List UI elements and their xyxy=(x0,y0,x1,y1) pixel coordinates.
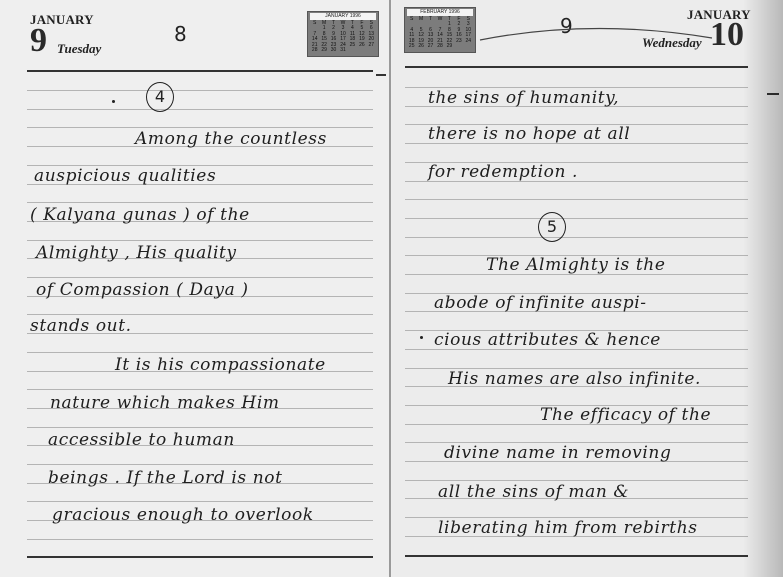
text-line: ( Kalyana gunas ) of the xyxy=(30,205,250,225)
diary-spread: JANUARY 9 Tuesday 8 JANUARY 1996 SMTWTFS… xyxy=(0,0,783,577)
calendar-day: 28 xyxy=(435,44,444,49)
ruled-line xyxy=(27,240,373,241)
ruled-line xyxy=(405,218,748,219)
ruled-line xyxy=(27,202,373,203)
calendar-day: 26 xyxy=(416,44,425,49)
text-line: nature which makes Him xyxy=(50,393,280,413)
text-line: accessible to human xyxy=(48,430,235,450)
text-line: Among the countless xyxy=(135,129,327,149)
calendar-day: 25 xyxy=(407,44,416,49)
footer-rule xyxy=(27,556,373,558)
text-line: The Almighty is the xyxy=(486,255,666,275)
ruled-line xyxy=(405,199,748,200)
ruled-line xyxy=(27,427,373,428)
text-line: stands out. xyxy=(30,316,132,336)
ruled-line xyxy=(27,277,373,278)
text-line: all the sins of man & xyxy=(438,482,629,502)
february-mini-calendar: FEBRUARY 1996 SMTWTFS1234567891011121314… xyxy=(404,7,476,53)
page-edge-shadow xyxy=(743,0,783,577)
calendar-day xyxy=(367,48,376,53)
ruled-line xyxy=(27,539,373,540)
mini-calendar-grid: SMTWTFS123456789101112131415161718192021… xyxy=(308,21,378,53)
ruled-line xyxy=(27,109,373,110)
text-line: the sins of humanity, xyxy=(428,88,619,108)
left-handwritten-page-number: 8 xyxy=(174,22,187,46)
calendar-day: 29 xyxy=(445,44,454,49)
header-rule xyxy=(405,66,748,68)
text-line: liberating him from rebirths xyxy=(438,518,698,538)
margin-tick xyxy=(376,74,386,76)
text-line: auspicious qualities xyxy=(34,166,216,186)
bullet-dot xyxy=(420,336,423,339)
ruled-line xyxy=(27,314,373,315)
text-line: for redemption . xyxy=(428,162,578,182)
calendar-day: 28 xyxy=(310,48,319,53)
text-line: It is his compassionate xyxy=(115,355,326,375)
ruled-line xyxy=(405,480,748,481)
right-day-number: 10 xyxy=(710,18,744,52)
text-line: divine name in removing xyxy=(444,443,671,463)
mini-calendar-title: JANUARY 1996 xyxy=(310,13,376,20)
text-line: of Compassion ( Daya ) xyxy=(36,280,249,300)
text-line: beings . If the Lord is not xyxy=(48,468,283,488)
left-day-number: 9 xyxy=(30,24,47,58)
bullet-dot xyxy=(112,100,115,103)
calendar-day: 30 xyxy=(329,48,338,53)
ruled-line xyxy=(27,501,373,502)
text-line: gracious enough to overlook xyxy=(52,505,314,525)
mini-calendar-title: FEBRUARY 1996 xyxy=(407,9,473,16)
ruled-line xyxy=(27,389,373,390)
mini-calendar-grid: SMTWTFS123456789101112131415161718192021… xyxy=(405,17,475,49)
text-line: Almighty , His quality xyxy=(36,243,237,263)
page-gutter xyxy=(389,0,391,577)
left-page: JANUARY 9 Tuesday 8 JANUARY 1996 SMTWTFS… xyxy=(0,0,390,577)
calendar-day xyxy=(357,48,366,53)
ruled-line xyxy=(27,90,373,91)
text-line: there is no hope at all xyxy=(428,124,630,144)
section-marker-circle: 4 xyxy=(146,82,174,112)
ruled-line xyxy=(27,127,373,128)
text-line: abode of infinite auspi- xyxy=(434,293,647,313)
calendar-day: 31 xyxy=(338,48,347,53)
ruled-line xyxy=(27,464,373,465)
text-line: His names are also infinite. xyxy=(448,369,701,389)
right-weekday: Wednesday xyxy=(642,35,702,51)
january-mini-calendar: JANUARY 1996 SMTWTFS12345678910111213141… xyxy=(307,11,379,57)
calendar-day xyxy=(348,48,357,53)
calendar-day xyxy=(454,44,463,49)
footer-rule xyxy=(405,555,748,557)
left-weekday: Tuesday xyxy=(57,41,101,57)
ruled-line xyxy=(27,352,373,353)
calendar-day: 29 xyxy=(319,48,328,53)
text-line: The efficacy of the xyxy=(540,405,711,425)
section-marker-circle: 5 xyxy=(538,212,566,242)
header-rule xyxy=(27,70,373,72)
text-line: cious attributes & hence xyxy=(434,330,661,350)
calendar-day: 27 xyxy=(426,44,435,49)
right-page: FEBRUARY 1996 SMTWTFS1234567891011121314… xyxy=(392,0,783,577)
ruled-line xyxy=(405,237,748,238)
